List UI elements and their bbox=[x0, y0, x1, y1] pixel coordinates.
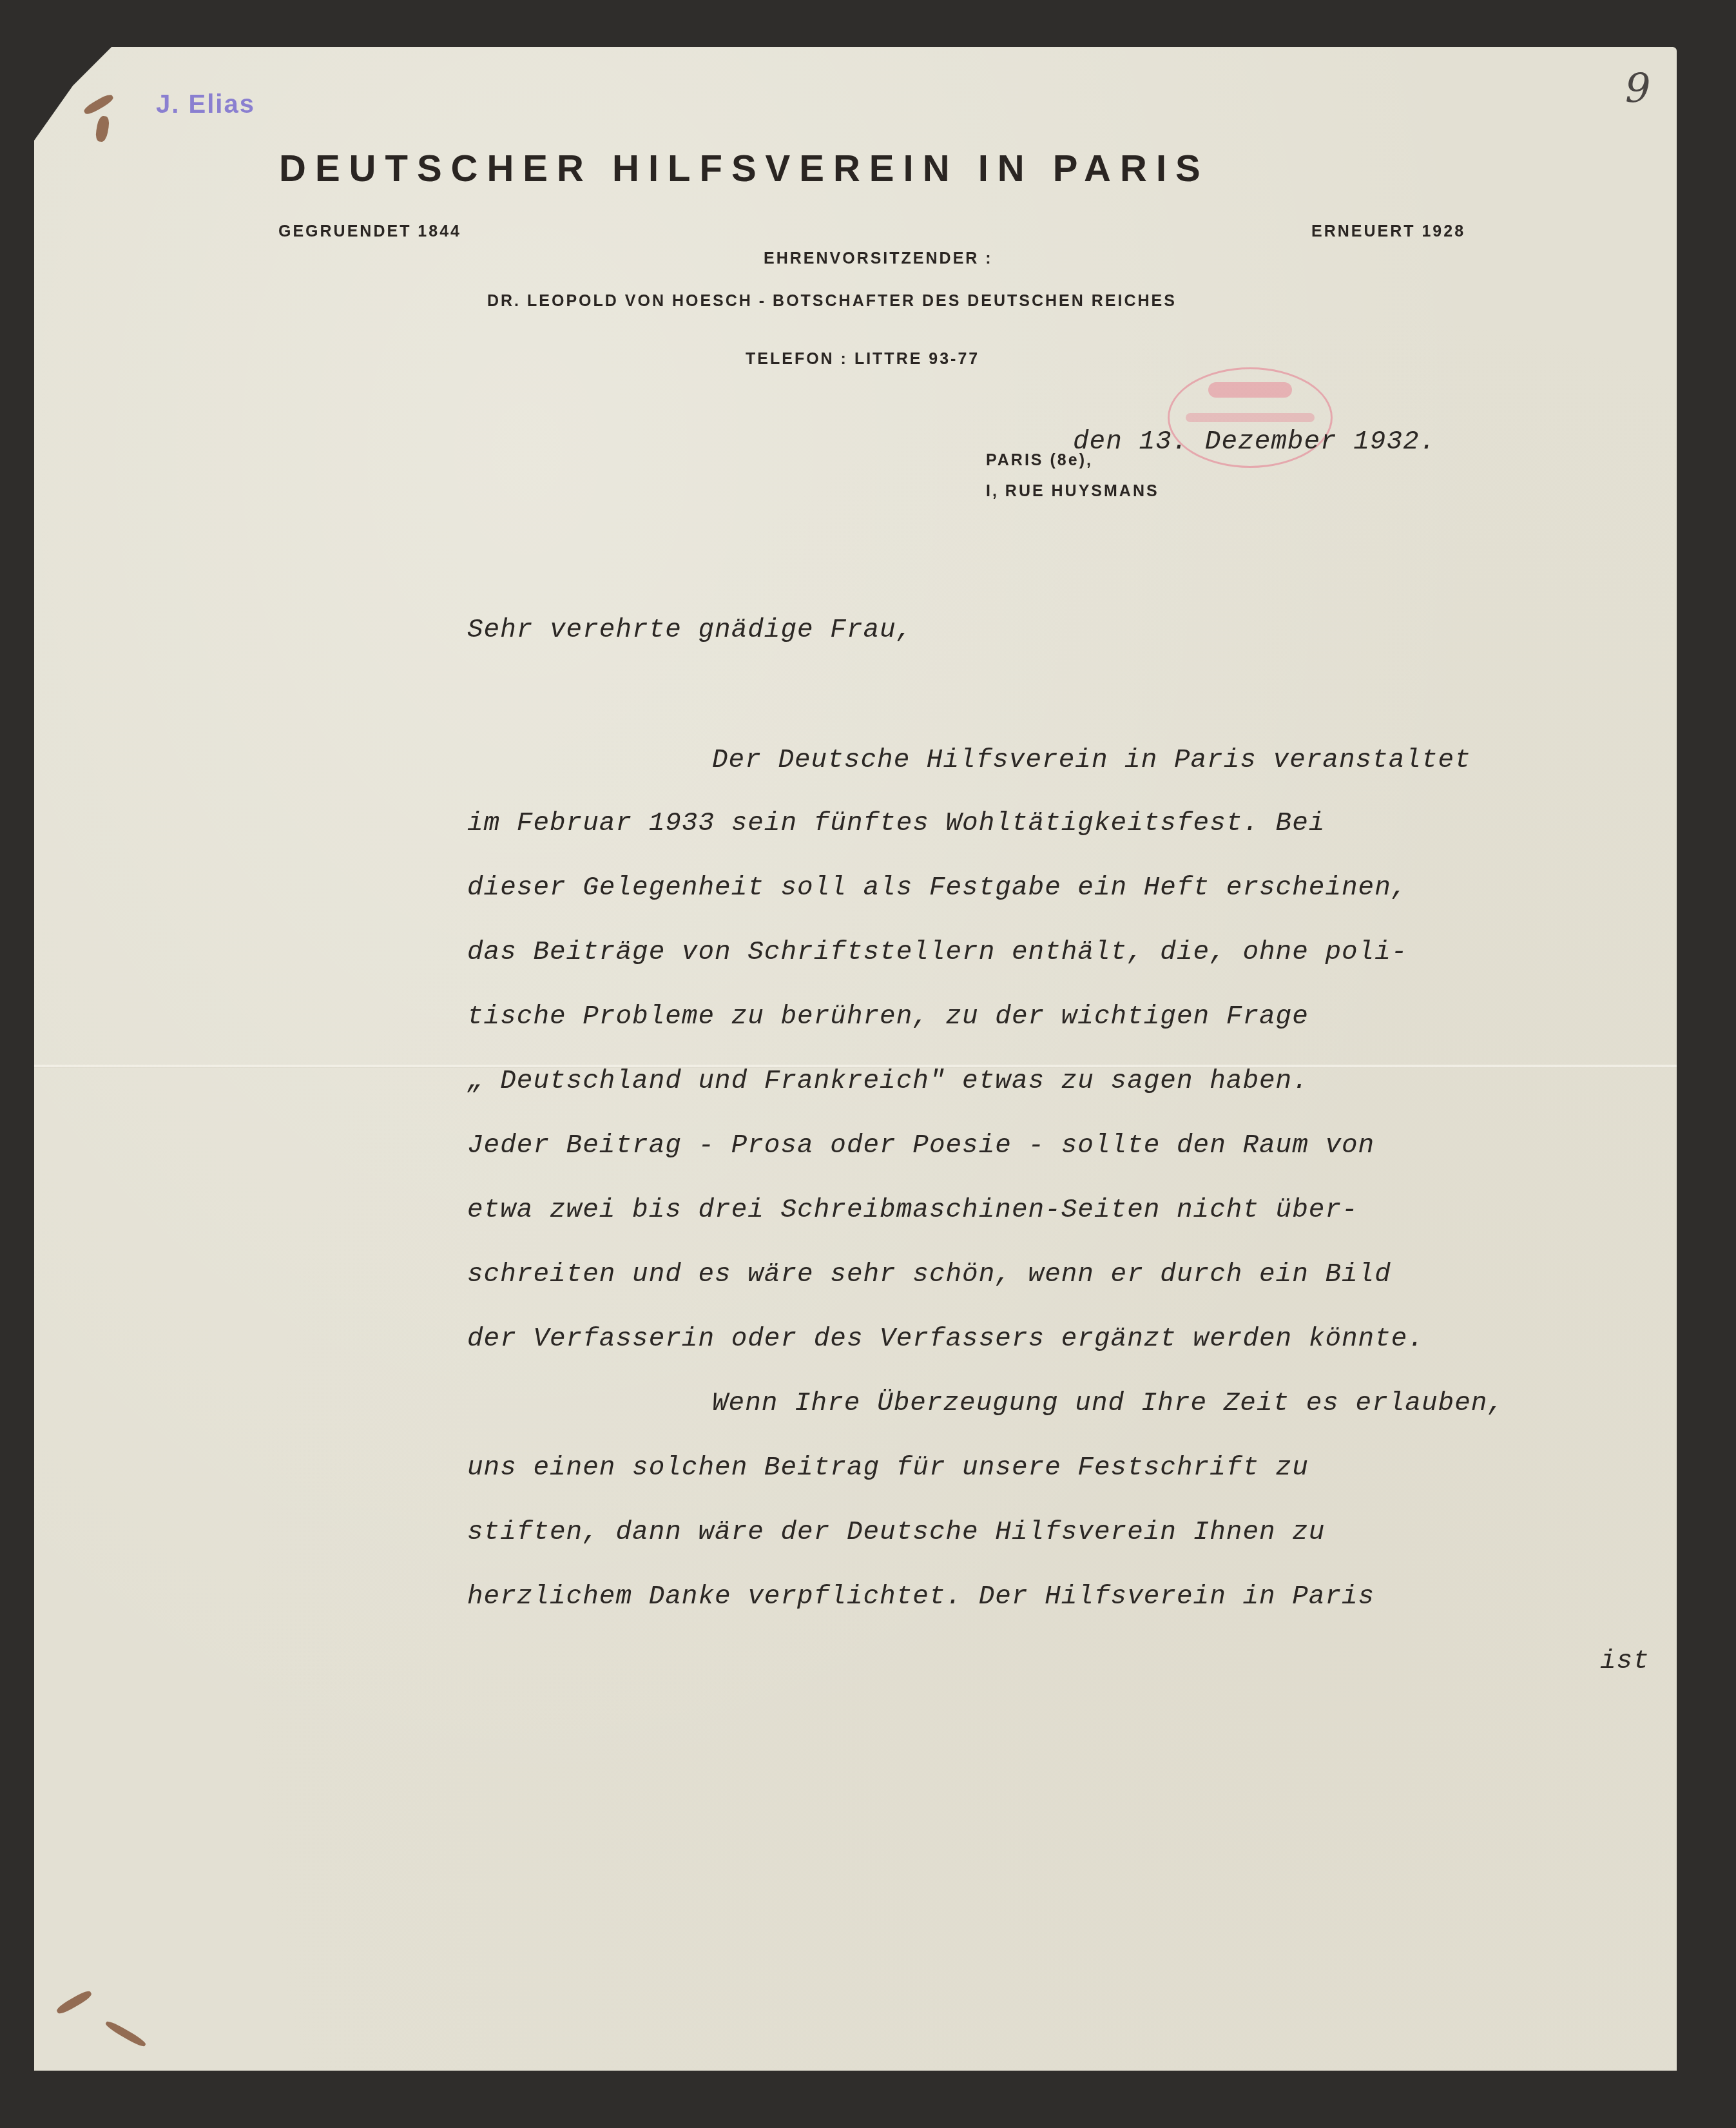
body-line: das Beiträge von Schriftstellern enthält… bbox=[467, 938, 1407, 967]
letterhead-title: DEUTSCHER HILFSVEREIN IN PARIS bbox=[279, 147, 1210, 190]
name-stamp: J. Elias bbox=[156, 90, 255, 119]
body-line: tische Probleme zu berühren, zu der wich… bbox=[467, 1002, 1309, 1032]
honorary-chair-label: EHRENVORSITZENDER : bbox=[764, 249, 993, 268]
body-line: Jeder Beitrag - Prosa oder Poesie - soll… bbox=[467, 1131, 1374, 1161]
page-number: 9 bbox=[1625, 64, 1650, 111]
address-street: I, RUE HUYSMANS bbox=[986, 482, 1159, 501]
catchword: ist bbox=[1600, 1647, 1650, 1676]
body-line: „ Deutschland und Frankreich" etwas zu s… bbox=[467, 1067, 1309, 1096]
renewed-label: ERNEUERT 1928 bbox=[1311, 222, 1465, 241]
salutation: Sehr verehrte gnädige Frau, bbox=[467, 615, 912, 645]
letter-date: den 13. Dezember 1932. bbox=[1073, 427, 1436, 457]
body-line: schreiten und es wäre sehr schön, wenn e… bbox=[467, 1260, 1391, 1290]
body-line: Der Deutsche Hilfsverein in Paris verans… bbox=[712, 746, 1471, 775]
body-line: uns einen solchen Beitrag für unsere Fes… bbox=[467, 1453, 1309, 1483]
body-line: stiften, dann wäre der Deutsche Hilfsver… bbox=[467, 1518, 1325, 1547]
body-line: herzlichem Danke verpflichtet. Der Hilfs… bbox=[467, 1582, 1374, 1612]
body-line: etwa zwei bis drei Schreibmaschinen-Seit… bbox=[467, 1195, 1358, 1225]
body-line: im Februar 1933 sein fünftes Wohltätigke… bbox=[467, 809, 1325, 838]
body-line: Wenn Ihre Überzeugung und Ihre Zeit es e… bbox=[712, 1389, 1504, 1418]
founded-label: GEGRUENDET 1844 bbox=[278, 222, 461, 241]
telephone: TELEFON : LITTRE 93-77 bbox=[746, 350, 979, 369]
body-line: dieser Gelegenheit soll als Festgabe ein… bbox=[467, 873, 1407, 903]
body-line: der Verfasserin oder des Verfassers ergä… bbox=[467, 1324, 1424, 1354]
honorary-chair: DR. LEOPOLD VON HOESCH - BOTSCHAFTER DES… bbox=[487, 292, 1177, 311]
